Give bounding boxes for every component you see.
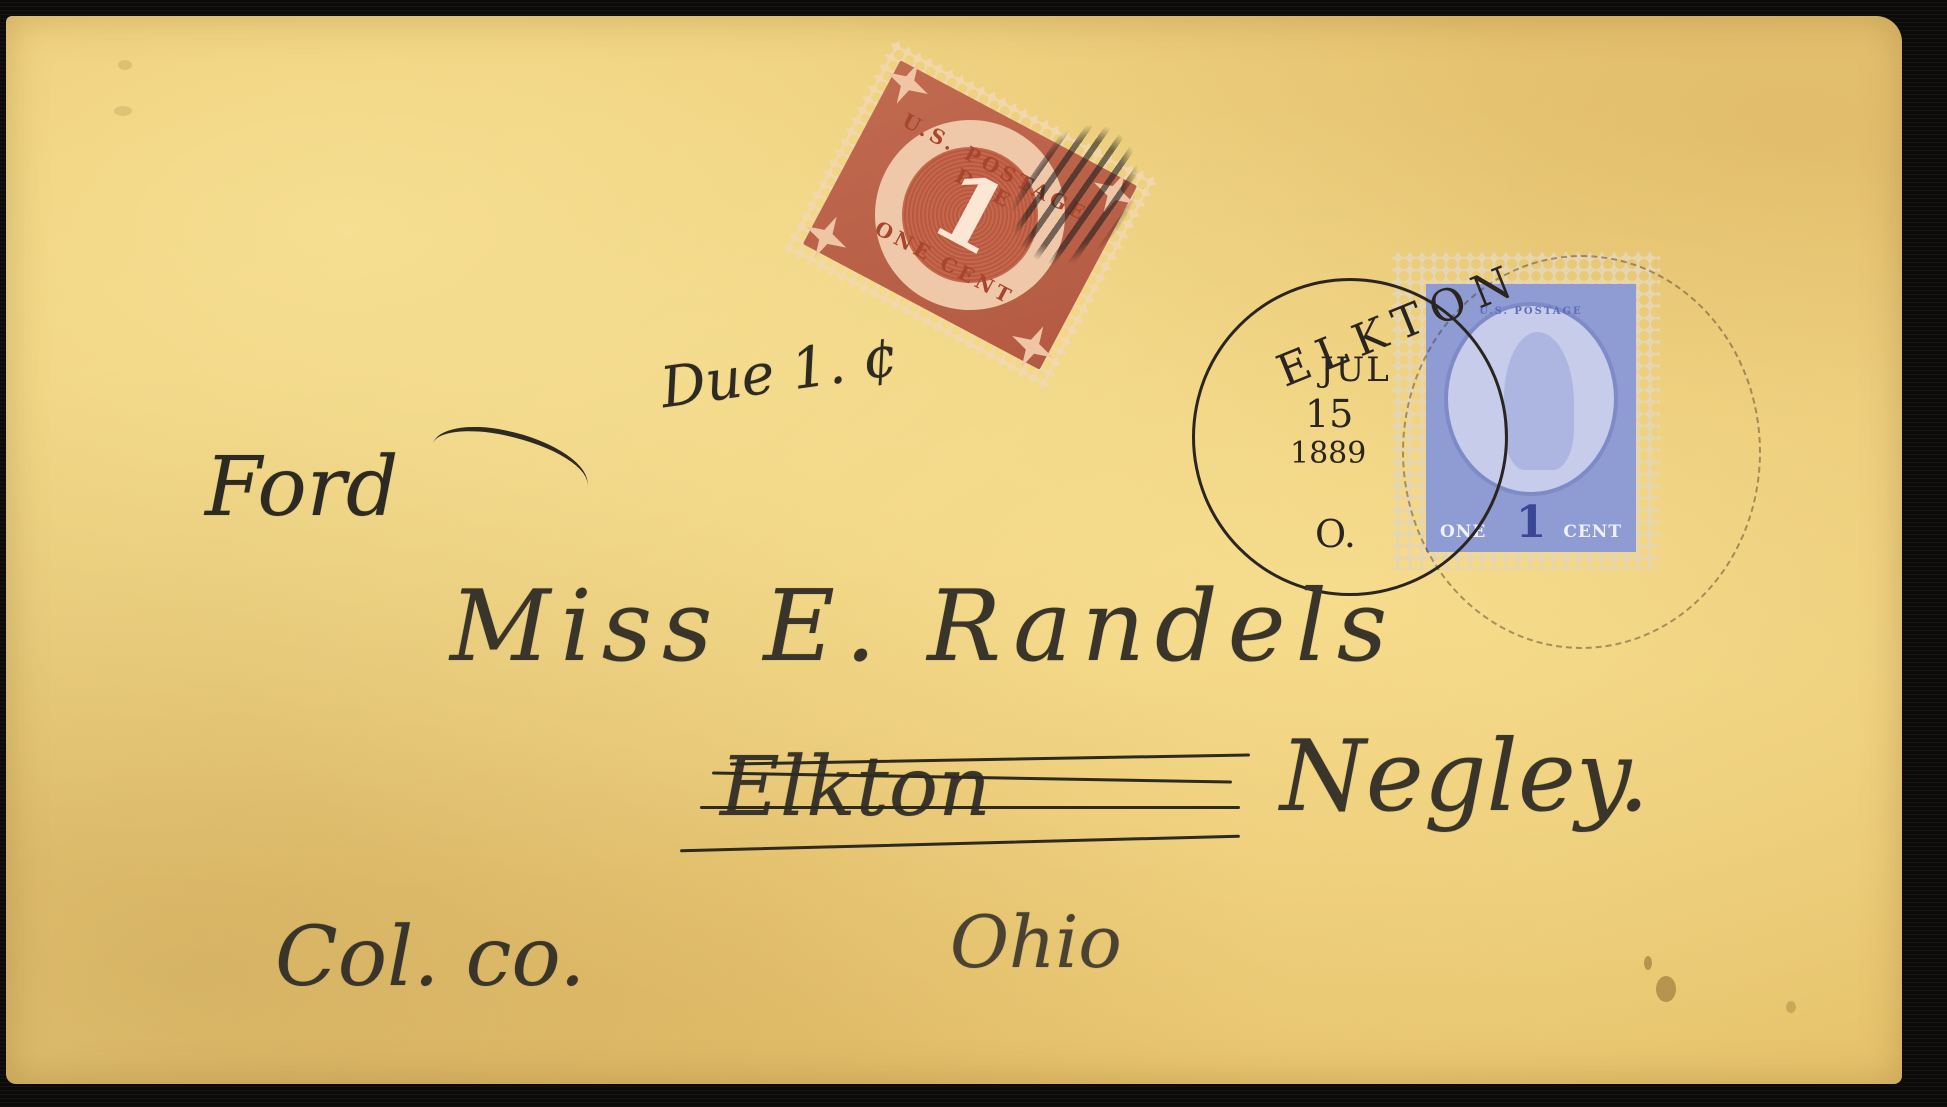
county-name: Col. co. [275,910,585,1005]
stain-spot [1644,956,1652,970]
postmark-year: 1889 [1290,436,1366,471]
addressee-name: Miss E. Randels [450,570,1397,684]
stain-spot [118,60,132,70]
forwarded-town-name: Negley. [1280,720,1649,834]
stain-spot [1656,976,1676,1002]
postmark-month: JUL [1320,350,1391,390]
forwarding-note: Ford [205,440,398,535]
stain-spot [1786,1001,1796,1013]
stain-spot [114,106,132,116]
struck-town-name: Elkton [720,740,991,835]
postmark-state: O. [1315,512,1356,556]
strike-line [700,806,1240,809]
state-name: Ohio [950,900,1122,984]
postmark-day: 15 [1305,392,1353,436]
